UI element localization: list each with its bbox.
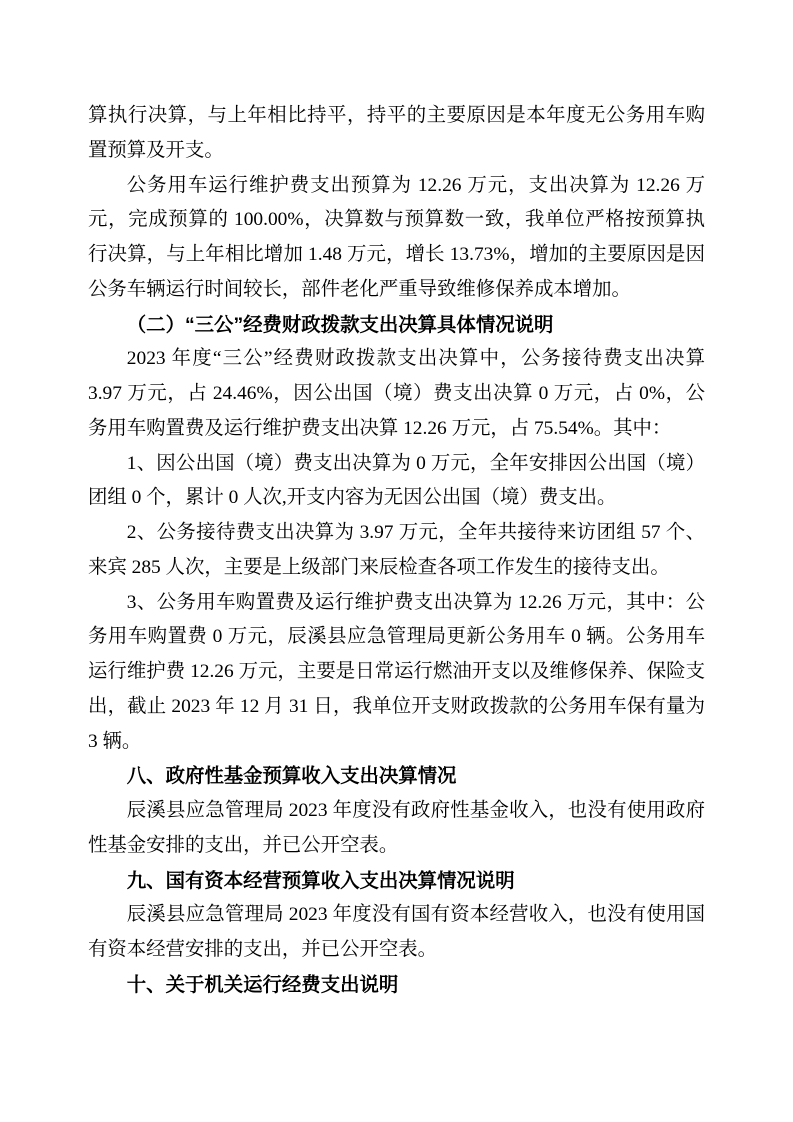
body-paragraph-three-public-summary: 2023 年度“三公”经费财政拨款支出决算中，公务接待费支出决算 3.97 万元… <box>88 342 705 446</box>
section-heading-9-state-capital: 九、国有资本经营预算收入支出决算情况说明 <box>88 864 705 899</box>
body-paragraph-vehicle-maintenance: 公务用车运行维护费支出预算为 12.26 万元，支出决算为 12.26 万元，完… <box>88 169 705 308</box>
document-page: 算执行决算，与上年相比持平，持平的主要原因是本年度无公务用车购置预算及开支。 公… <box>0 0 793 1122</box>
body-paragraph-state-capital: 辰溪县应急管理局 2023 年度没有国有资本经营收入，也没有使用国有资本经营安排… <box>88 898 705 968</box>
body-paragraph-item-2-official-reception: 2、公务接待费支出决算为 3.97 万元，全年共接待来访团组 57 个、来宾 2… <box>88 516 705 586</box>
document-content: 算执行决算，与上年相比持平，持平的主要原因是本年度无公务用车购置预算及开支。 公… <box>88 99 705 1003</box>
body-paragraph-item-1-overseas-travel: 1、因公出国（境）费支出决算为 0 万元，全年安排因公出国（境）团组 0 个，累… <box>88 447 705 517</box>
body-paragraph-continuation: 算执行决算，与上年相比持平，持平的主要原因是本年度无公务用车购置预算及开支。 <box>88 99 705 169</box>
section-heading-three-public-expenses-detail: （二）“三公”经费财政拨款支出决算具体情况说明 <box>88 308 705 343</box>
section-heading-10-agency-operating-expenses: 十、关于机关运行经费支出说明 <box>88 968 705 1003</box>
section-heading-8-government-fund: 八、政府性基金预算收入支出决算情况 <box>88 759 705 794</box>
body-paragraph-government-fund: 辰溪县应急管理局 2023 年度没有政府性基金收入，也没有使用政府性基金安排的支… <box>88 794 705 864</box>
body-paragraph-item-3-official-vehicles: 3、公务用车购置费及运行维护费支出决算为 12.26 万元，其中：公务用车购置费… <box>88 586 705 760</box>
